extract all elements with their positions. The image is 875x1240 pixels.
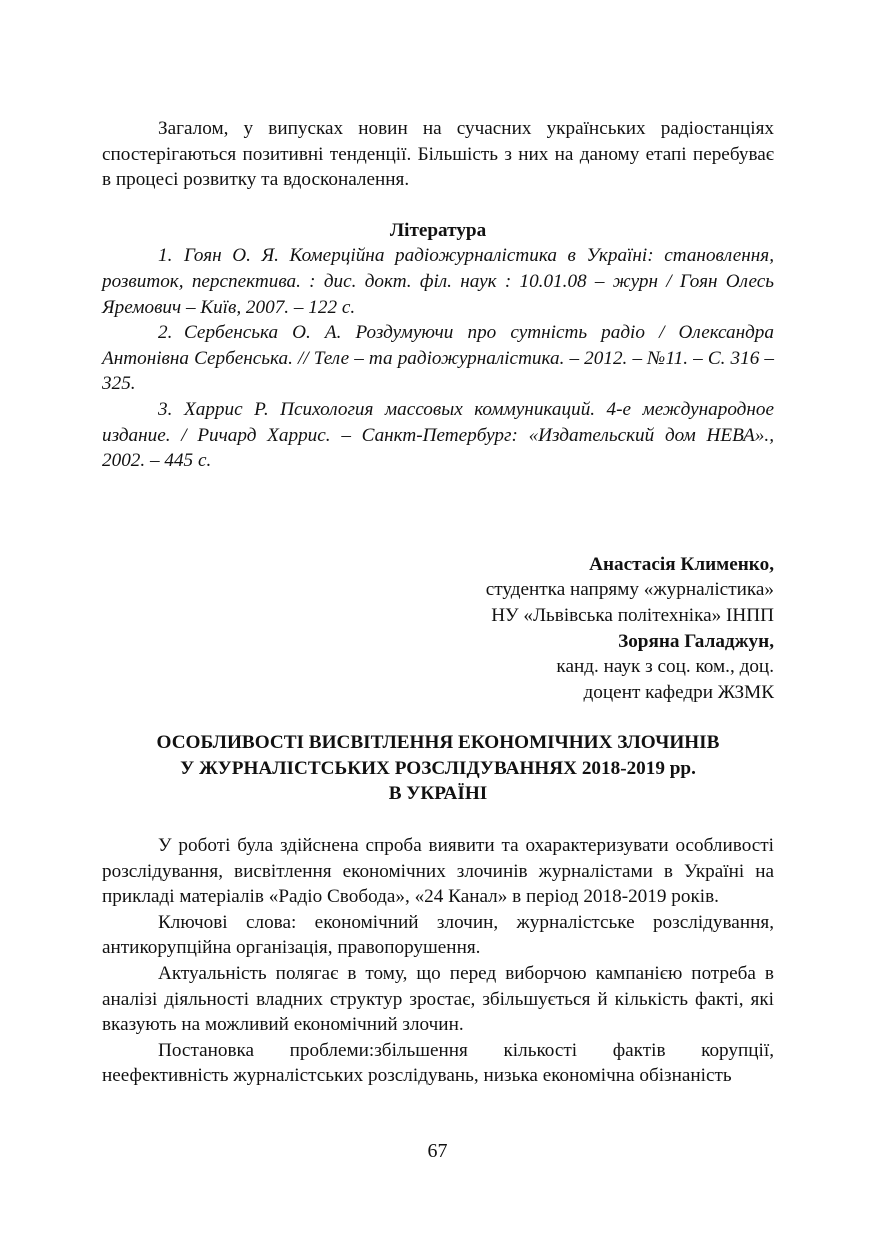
reference-text: Сербенська О. А. Роздумуючи про сутність… (102, 322, 774, 394)
reference-number: 2. (158, 320, 184, 346)
article-title-line: В УКРАЇНІ (102, 781, 774, 807)
reference-text: Харрис Р. Психология массовых коммуникац… (102, 399, 774, 471)
author-affiliation: канд. наук з соц. ком., доц. (102, 654, 774, 680)
references-heading: Література (102, 218, 774, 244)
reference-item: 2.Сербенська О. А. Роздумуючи про сутніс… (102, 320, 774, 397)
author-name: Анастасія Клименко, (102, 552, 774, 578)
reference-text: Гоян О. Я. Комерційна радіожурналістика … (102, 245, 774, 317)
keywords-paragraph: Ключові слова: економічний злочин, журна… (102, 910, 774, 961)
author-affiliation: НУ «Львівська політехніка» ІНПП (102, 603, 774, 629)
document-page: Загалом, у випусках новин на сучасних ук… (102, 116, 774, 1089)
reference-item: 1.Гоян О. Я. Комерційна радіожурналістик… (102, 243, 774, 320)
author-affiliation: доцент кафедри ЖЗМК (102, 680, 774, 706)
reference-item: 3.Харрис Р. Психология массовых коммуник… (102, 397, 774, 474)
author-affiliation: студентка напряму «журналістика» (102, 577, 774, 603)
article-title-line: У ЖУРНАЛІСТСЬКИХ РОЗСЛІДУВАННЯХ 2018-201… (102, 756, 774, 782)
intro-paragraph: Загалом, у випусках новин на сучасних ук… (102, 116, 774, 193)
body-paragraph: Актуальність полягає в тому, що перед ви… (102, 961, 774, 1038)
article-title-line: ОСОБЛИВОСТІ ВИСВІТЛЕННЯ ЕКОНОМІЧНИХ ЗЛОЧ… (102, 730, 774, 756)
authors-block: Анастасія Клименко, студентка напряму «ж… (102, 552, 774, 706)
reference-number: 3. (158, 397, 184, 423)
page-number: 67 (0, 1140, 875, 1163)
author-name: Зоряна Галаджун, (102, 629, 774, 655)
reference-number: 1. (158, 243, 184, 269)
article-body: У роботі була здійснена спроба виявити т… (102, 833, 774, 1089)
article-title: ОСОБЛИВОСТІ ВИСВІТЛЕННЯ ЕКОНОМІЧНИХ ЗЛОЧ… (102, 730, 774, 807)
body-paragraph: Постановка проблеми:збільшення кількості… (102, 1038, 774, 1089)
references-list: 1.Гоян О. Я. Комерційна радіожурналістик… (102, 243, 774, 473)
body-paragraph: У роботі була здійснена спроба виявити т… (102, 833, 774, 910)
